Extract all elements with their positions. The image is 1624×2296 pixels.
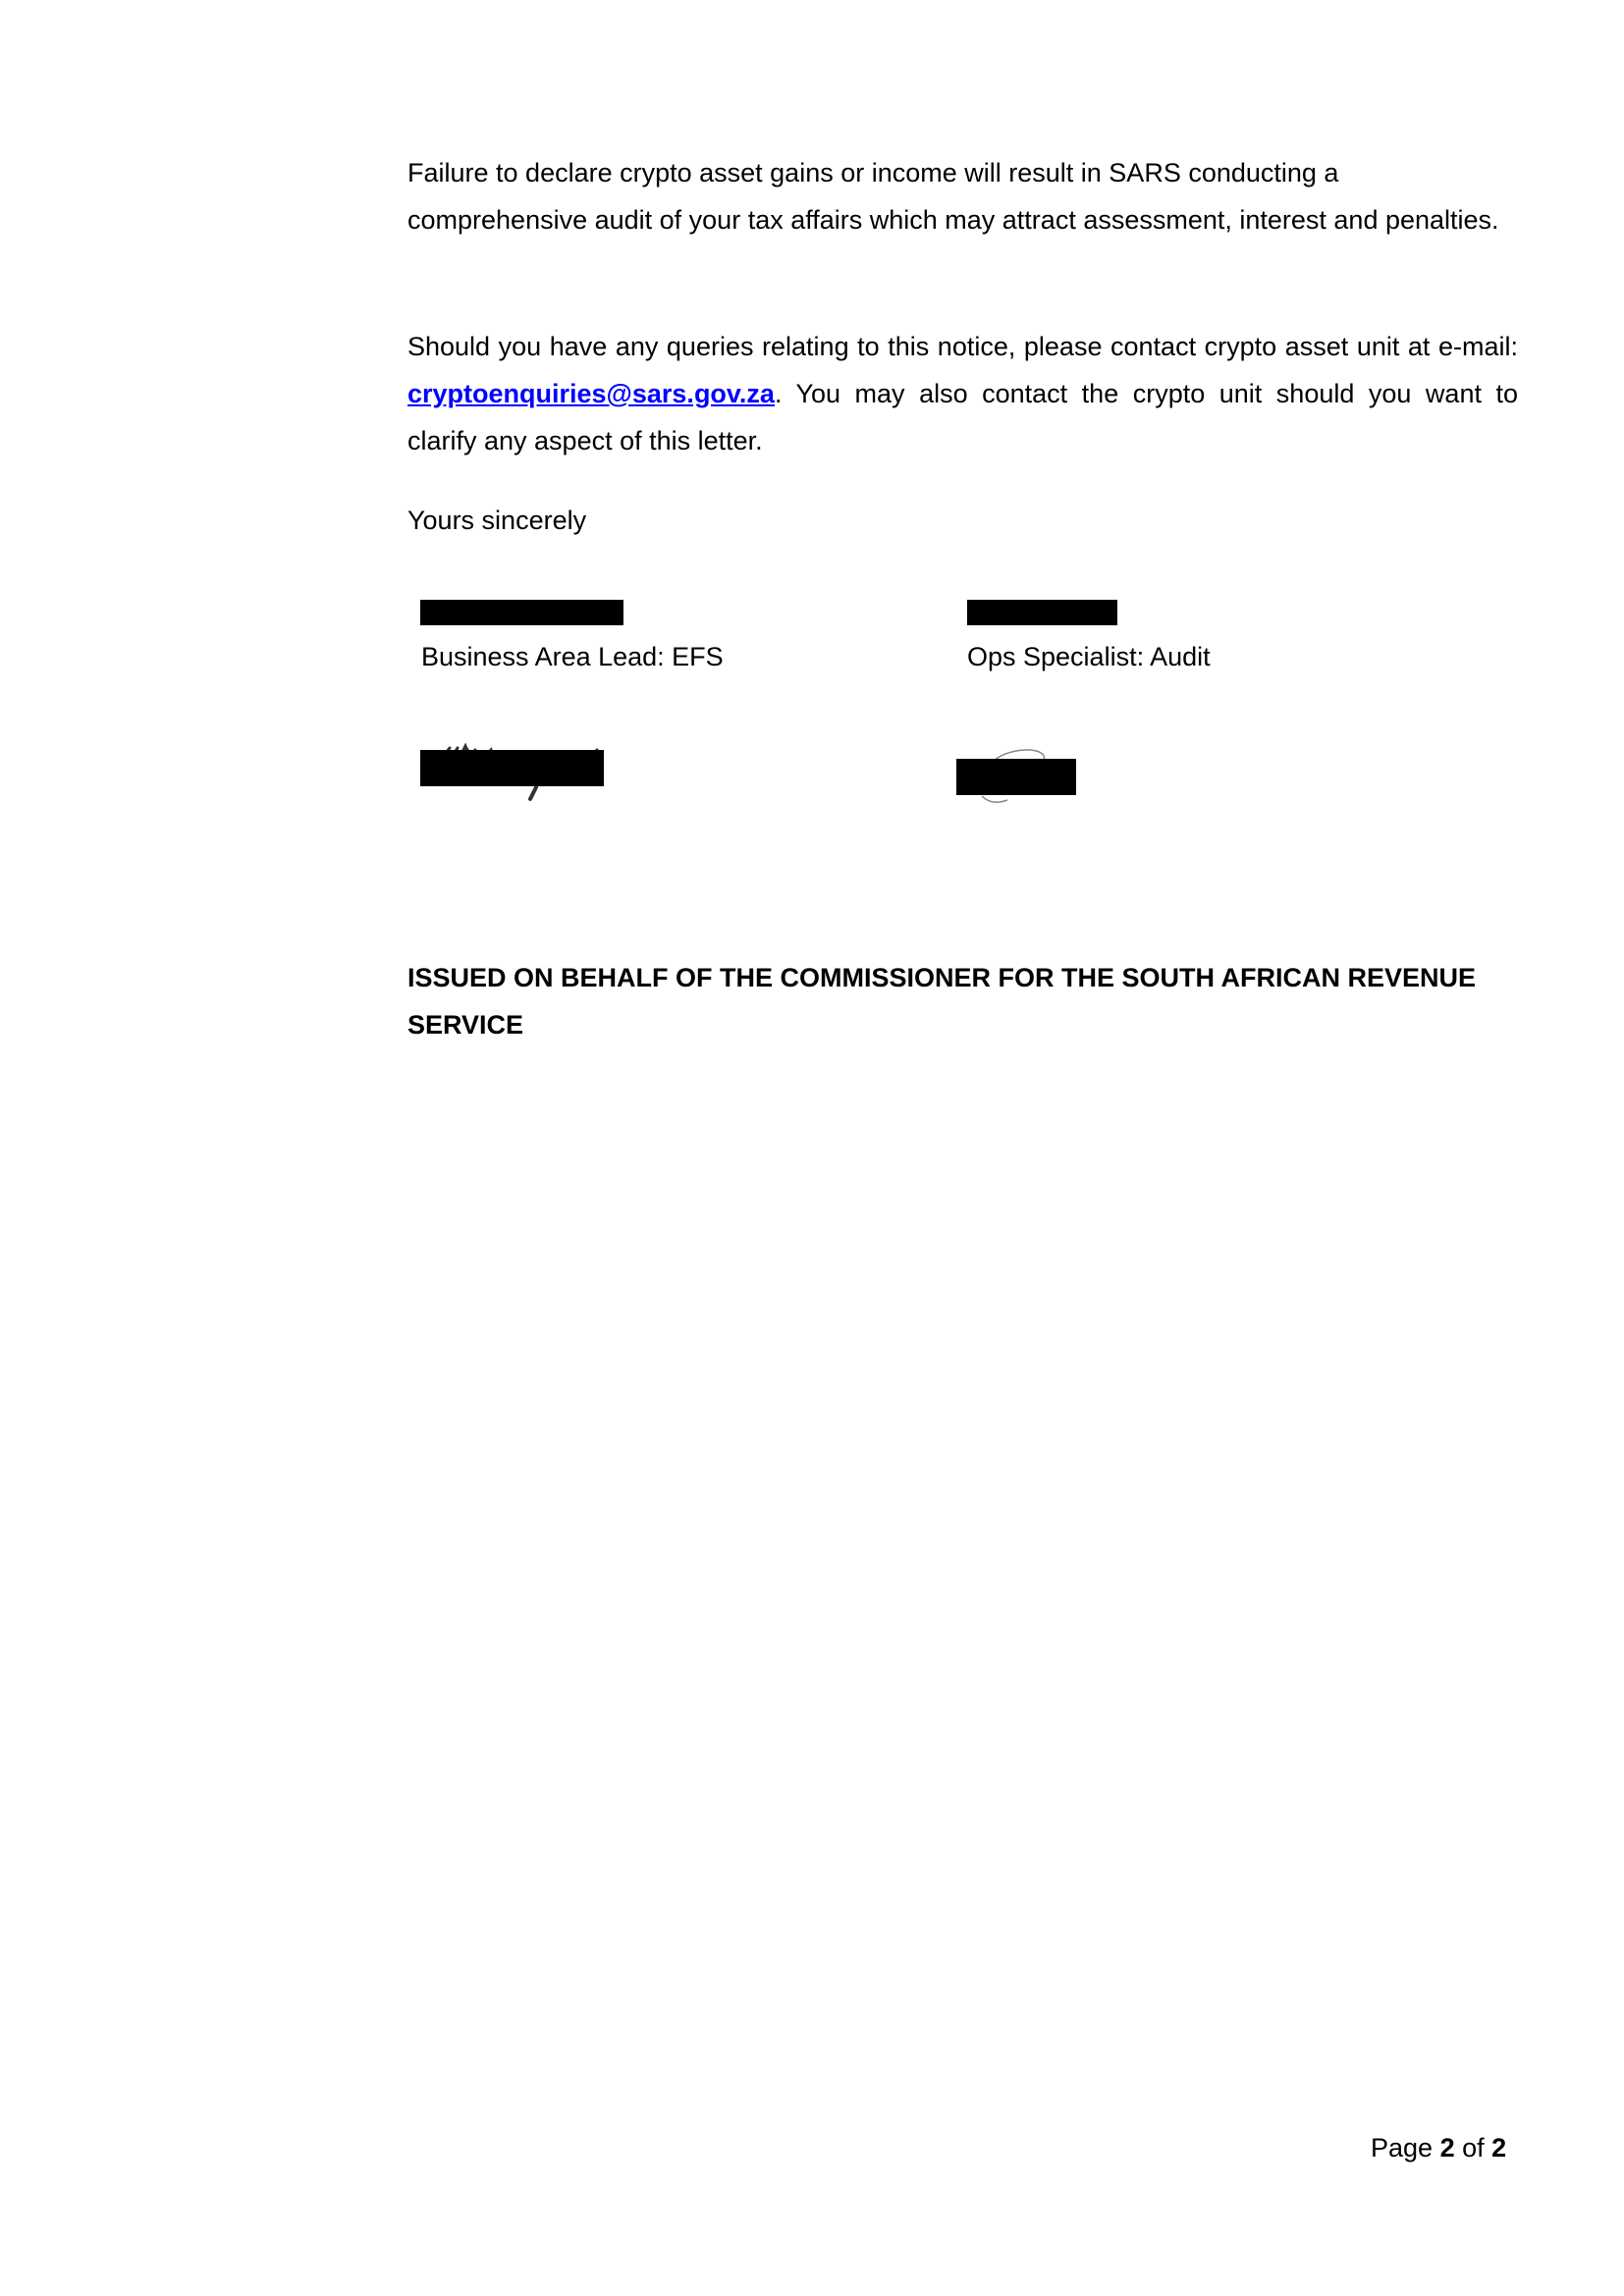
page-label: Page: [1371, 2133, 1433, 2163]
of-label: of: [1462, 2133, 1485, 2163]
total-pages: 2: [1491, 2133, 1506, 2163]
redacted-signature-left: [420, 750, 604, 786]
redacted-name-left: [420, 600, 623, 625]
current-page: 2: [1440, 2133, 1455, 2163]
paragraph-audit-warning: Failure to declare crypto asset gains or…: [407, 149, 1518, 243]
signatory-title-right: Ops Specialist: Audit: [967, 641, 1211, 672]
paragraph-contact-info: Should you have any queries relating to …: [407, 323, 1518, 464]
signature-left: [420, 736, 617, 805]
signature-right: [952, 741, 1090, 810]
redacted-signature-right: [956, 759, 1076, 795]
email-link[interactable]: cryptoenquiries@sars.gov.za: [407, 379, 775, 408]
document-page: Failure to declare crypto asset gains or…: [0, 0, 1624, 2296]
contact-text-before: Should you have any queries relating to …: [407, 332, 1518, 361]
issued-on-behalf-statement: ISSUED ON BEHALF OF THE COMMISSIONER FOR…: [407, 954, 1522, 1048]
page-number: Page 2 of 2: [1371, 2132, 1506, 2163]
signatory-title-left: Business Area Lead: EFS: [421, 641, 724, 672]
redacted-name-right: [967, 600, 1117, 625]
closing-salutation: Yours sincerely: [407, 497, 1518, 544]
